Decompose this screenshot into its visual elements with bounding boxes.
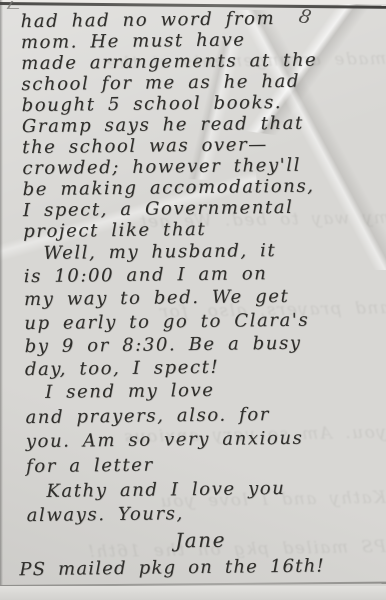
postscript-line: PS mailed pkg on the 16th! bbox=[19, 551, 379, 581]
letter-body: had had no word from mom. He must have m… bbox=[21, 7, 380, 581]
scan-bottom-margin bbox=[0, 586, 386, 600]
paper-left-edge bbox=[0, 0, 3, 600]
scanned-letter-page: made arrangements at the my way to bed. … bbox=[0, 0, 386, 600]
corner-crease-mark bbox=[7, 1, 24, 9]
